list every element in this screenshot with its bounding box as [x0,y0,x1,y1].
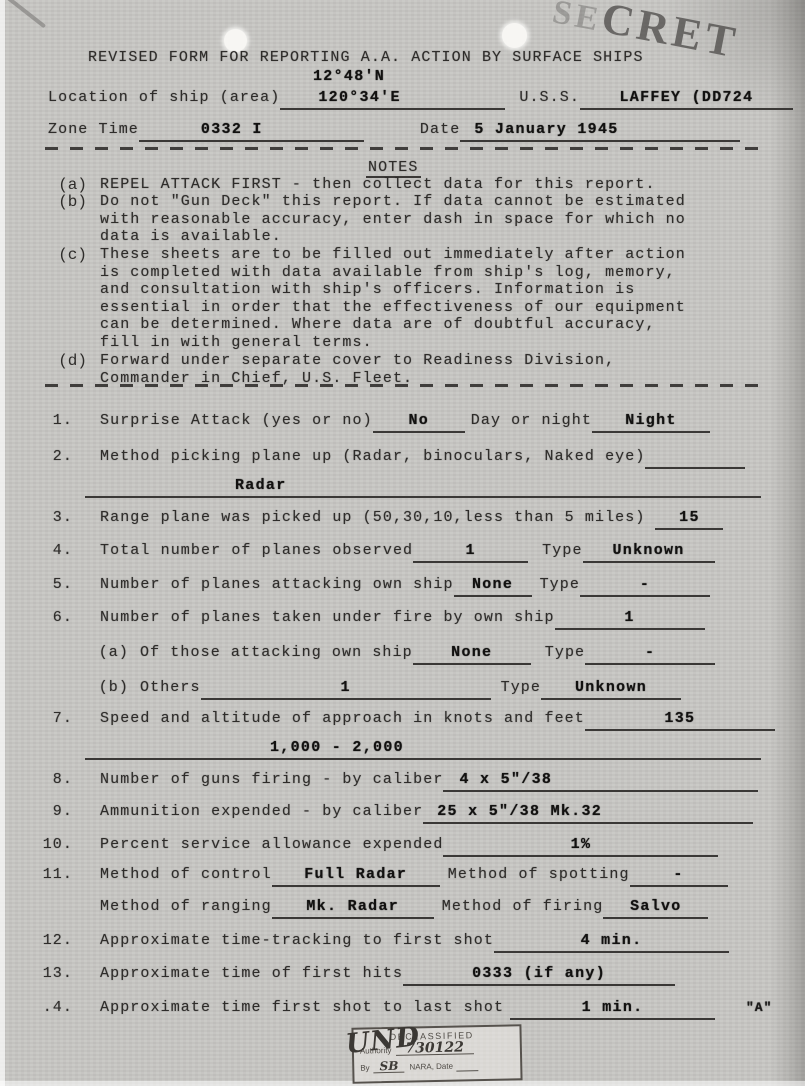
ship-label: U.S.S. [519,89,580,106]
form-row-10: 10. Percent service allowance expended1% [100,835,718,857]
field-label: Type [540,576,580,593]
zone-time-value: 0332 I [139,120,364,142]
altitude-of-approach-value: 1,000 - 2,000 [85,738,761,760]
scanned-document-page: SECRET REVISED FORM FOR REPORTING A.A. A… [0,0,805,1086]
note-c-line: is completed with data available from sh… [100,264,686,282]
item-number: 5. [53,575,73,594]
attacking-under-fire-type-value: - [585,643,715,665]
form-row-7: 7. Speed and altitude of approach in kno… [100,709,775,731]
item-number: 10. [43,835,73,854]
item-number: 7. [53,709,73,728]
method-of-ranging-value: Mk. Radar [272,897,434,919]
range-picked-up-value: 15 [655,508,723,530]
item-number: 13. [43,964,73,983]
planes-observed-type-value: Unknown [583,541,715,563]
field-label: Total number of planes observed [100,542,413,559]
method-of-spotting-value: - [630,865,728,887]
field-label: Approximate time of first hits [100,965,403,982]
note-d: (d) Forward under separate cover to Read… [100,352,615,387]
date-value: 5 January 1945 [460,120,740,142]
location-label: Location of ship (area) [48,89,280,106]
form-row-6a: (a) Of those attacking own shipNoneType- [140,643,715,665]
field-label: Type [542,542,582,559]
field-label: Surprise Attack (yes or no) [100,412,373,429]
item-number: 4. [53,541,73,560]
form-row-9: 9. Ammunition expended - by caliber25 x … [100,802,753,824]
zone-time-row: Zone Time0332 IDate5 January 1945 [48,120,740,142]
ship-name-value: LAFFEY (DD724 [580,88,793,110]
item-number: 11. [43,865,73,884]
field-label: Number of planes taken under fire by own… [100,609,555,626]
location-longitude-value: 120°34'E [280,88,505,110]
field-label: Method of ranging [100,898,272,915]
item-number: 8. [53,770,73,789]
others-value: 1 [201,678,491,700]
note-b: (b) Do not "Gun Deck" this report. If da… [100,193,686,246]
note-d-line: Forward under separate cover to Readines… [100,352,615,370]
declass-by-value: SB [373,1060,404,1074]
field-label: Approximate time first shot to last shot [100,999,504,1016]
others-type-value: Unknown [541,678,681,700]
field-label: Ammunition expended - by caliber [100,803,423,820]
empty-underline [645,447,745,469]
secret-stamp-faded-part: SE [549,0,605,39]
day-or-night-value: Night [592,411,710,433]
form-row-7-continuation: 1,000 - 2,000 [85,738,761,760]
item-number: 12. [43,931,73,950]
field-label: Type [545,644,585,661]
form-row-4: 4. Total number of planes observed1TypeU… [100,541,715,563]
method-of-firing-value: Salvo [603,897,708,919]
time-first-hits-value: 0333 (if any) [403,964,675,986]
form-row-11: 11. Method of controlFull RadarMethod of… [100,865,728,887]
note-c: (c) These sheets are to be filled out im… [100,246,686,351]
note-c-line: fill in with general terms. [100,334,686,352]
form-row-6: 6. Number of planes taken under fire by … [100,608,705,630]
form-row-6b: (b) Others1TypeUnknown [140,678,681,700]
field-label: Percent service allowance expended [100,836,443,853]
planes-attacking-type-value: - [580,575,710,597]
time-tracking-value: 4 min. [494,931,729,953]
item-number: (a) [99,643,129,662]
note-b-line: Do not "Gun Deck" this report. If data c… [100,193,686,211]
note-c-line: can be determined. Where data are of dou… [100,316,686,334]
field-label: Type [501,679,541,696]
field-label: Number of planes attacking own ship [100,576,454,593]
dashed-divider-notes [45,384,770,387]
field-label: Method picking plane up (Radar, binocula… [100,448,645,465]
field-label: Number of guns firing - by caliber [100,771,443,788]
punch-hole-right [502,23,527,48]
note-b-line: with reasonable accuracy, enter dash in … [100,211,686,229]
scan-edge-right [771,0,805,1086]
ammunition-expended-value: 25 x 5"/38 Mk.32 [423,802,753,824]
note-a: (a) REPEL ATTACK FIRST - then collect da… [100,176,656,194]
form-row-2: 2. Method picking plane up (Radar, binoc… [100,447,745,469]
item-number: 1. [53,411,73,430]
location-row: Location of ship (area)120°34'EU.S.S.LAF… [48,88,793,110]
declass-date-underline [456,1062,478,1071]
dashed-divider-top [45,147,763,150]
scan-edge-left [0,0,5,1086]
field-label: Of those attacking own ship [140,644,413,661]
zone-time-label: Zone Time [48,121,139,138]
form-row-1: 1. Surprise Attack (yes or no)NoDay or n… [100,411,710,433]
declass-nara-label: NARA, Date [409,1062,453,1073]
service-allowance-value: 1% [443,835,718,857]
form-row-2-continuation: Radar [85,476,761,498]
method-of-control-value: Full Radar [272,865,440,887]
field-label: Method of spotting [448,866,630,883]
form-row-11-continuation: Method of rangingMk. RadarMethod of firi… [100,897,708,919]
notes-heading: NOTES [366,158,421,177]
field-label: Speed and altitude of approach in knots … [100,710,585,727]
field-label: Day or night [471,412,592,429]
date-label: Date [420,121,460,138]
item-number: 9. [53,802,73,821]
form-row-5: 5. Number of planes attacking own shipNo… [100,575,710,597]
attacking-under-fire-value: None [413,643,531,665]
note-b-line: data is available. [100,228,686,246]
note-c-line: and consultation with ship's officers. I… [100,281,686,299]
field-label: Range plane was picked up (50,30,10,less… [100,509,645,526]
item-number: 6. [53,608,73,627]
declass-by-label: By [360,1063,370,1073]
declassified-stamp: UND DECLASSIFIED Authority 730122 By SB … [351,1024,522,1084]
form-row-13: 13. Approximate time of first hits0333 (… [100,964,675,986]
form-row-12: 12. Approximate time-tracking to first s… [100,931,729,953]
field-label: Others [140,679,201,696]
planes-attacking-value: None [454,575,532,597]
item-number: 2. [53,447,73,466]
method-picking-up-value: Radar [85,476,761,498]
note-c-line: essential in order that the effectivenes… [100,299,686,317]
page-title: REVISED FORM FOR REPORTING A.A. ACTION B… [88,48,644,67]
note-a-line: REPEL ATTACK FIRST - then collect data f… [100,176,656,194]
field-label: Approximate time-tracking to first shot [100,932,494,949]
surprise-attack-value: No [373,411,465,433]
planes-observed-value: 1 [413,541,528,563]
planes-under-fire-value: 1 [555,608,705,630]
paper-crease [6,0,46,28]
speed-of-approach-value: 135 [585,709,775,731]
item-number: 3. [53,508,73,527]
first-to-last-shot-value: 1 min. [510,998,715,1020]
field-label: Method of firing [442,898,604,915]
form-row-3: 3. Range plane was picked up (50,30,10,l… [100,508,723,530]
guns-firing-value: 4 x 5"/38 [443,770,758,792]
page-corner-mark: "A" [746,1000,772,1015]
item-number: (b) [99,678,129,697]
form-row-8: 8. Number of guns firing - by caliber4 x… [100,770,758,792]
location-latitude-value: 12°48'N [313,67,385,86]
field-label: Method of control [100,866,272,883]
note-c-line: These sheets are to be filled out immedi… [100,246,686,264]
form-row-14: .4. Approximate time first shot to last … [100,998,715,1020]
item-number: .4. [43,998,73,1017]
